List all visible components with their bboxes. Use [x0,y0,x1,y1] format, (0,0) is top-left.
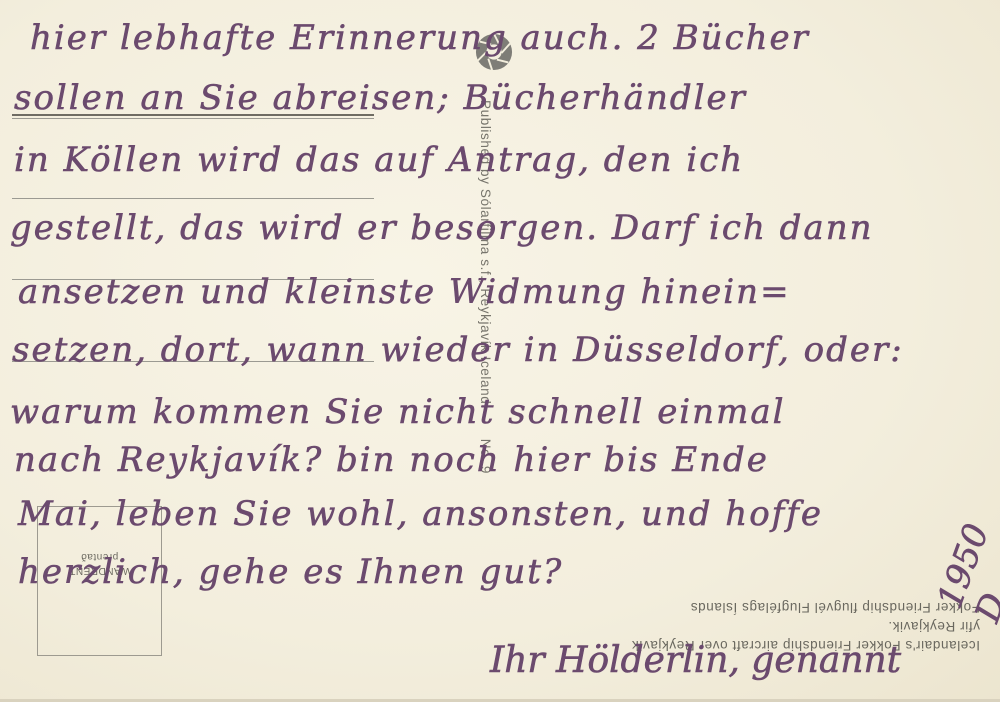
handwritten-line: herzlich, gehe es Ihnen gut? [18,552,563,592]
address-line-2 [12,198,374,199]
handwritten-line: sollen an Sie abreisen; Bücherhändler [14,78,747,118]
handwritten-line: gestellt, das wird er besorgen. Darf ich… [10,208,874,248]
handwritten-line: Mai, leben Sie wohl, ansonsten, und hoff… [18,494,823,534]
handwritten-line: setzen, dort, wann wieder in Düsseldorf,… [12,330,904,370]
handwritten-line: hier lebhafte Erinnerung auch. 2 Bücher [30,18,810,58]
signature: Ihr Hölderlin, genannt [490,640,901,681]
handwritten-line: nach Reykjavík? bin noch hier bis Ende [14,440,769,480]
handwritten-line: warum kommen Sie nicht schnell einmal [10,392,785,432]
postcard-back: Published by Sólarfilma s.f., Reykjavík … [0,0,1000,702]
handwritten-line: ansetzen und kleinste Widmung hinein= [18,272,791,312]
caption-line: yfir Reykjavik. [600,617,980,636]
handwritten-line: in Köllen wird das auf Antrag, den ich [14,140,744,180]
caption-line: Fokker Friendship flugvél Flugfélags Ísl… [600,598,980,617]
address-line-1b [12,118,374,119]
